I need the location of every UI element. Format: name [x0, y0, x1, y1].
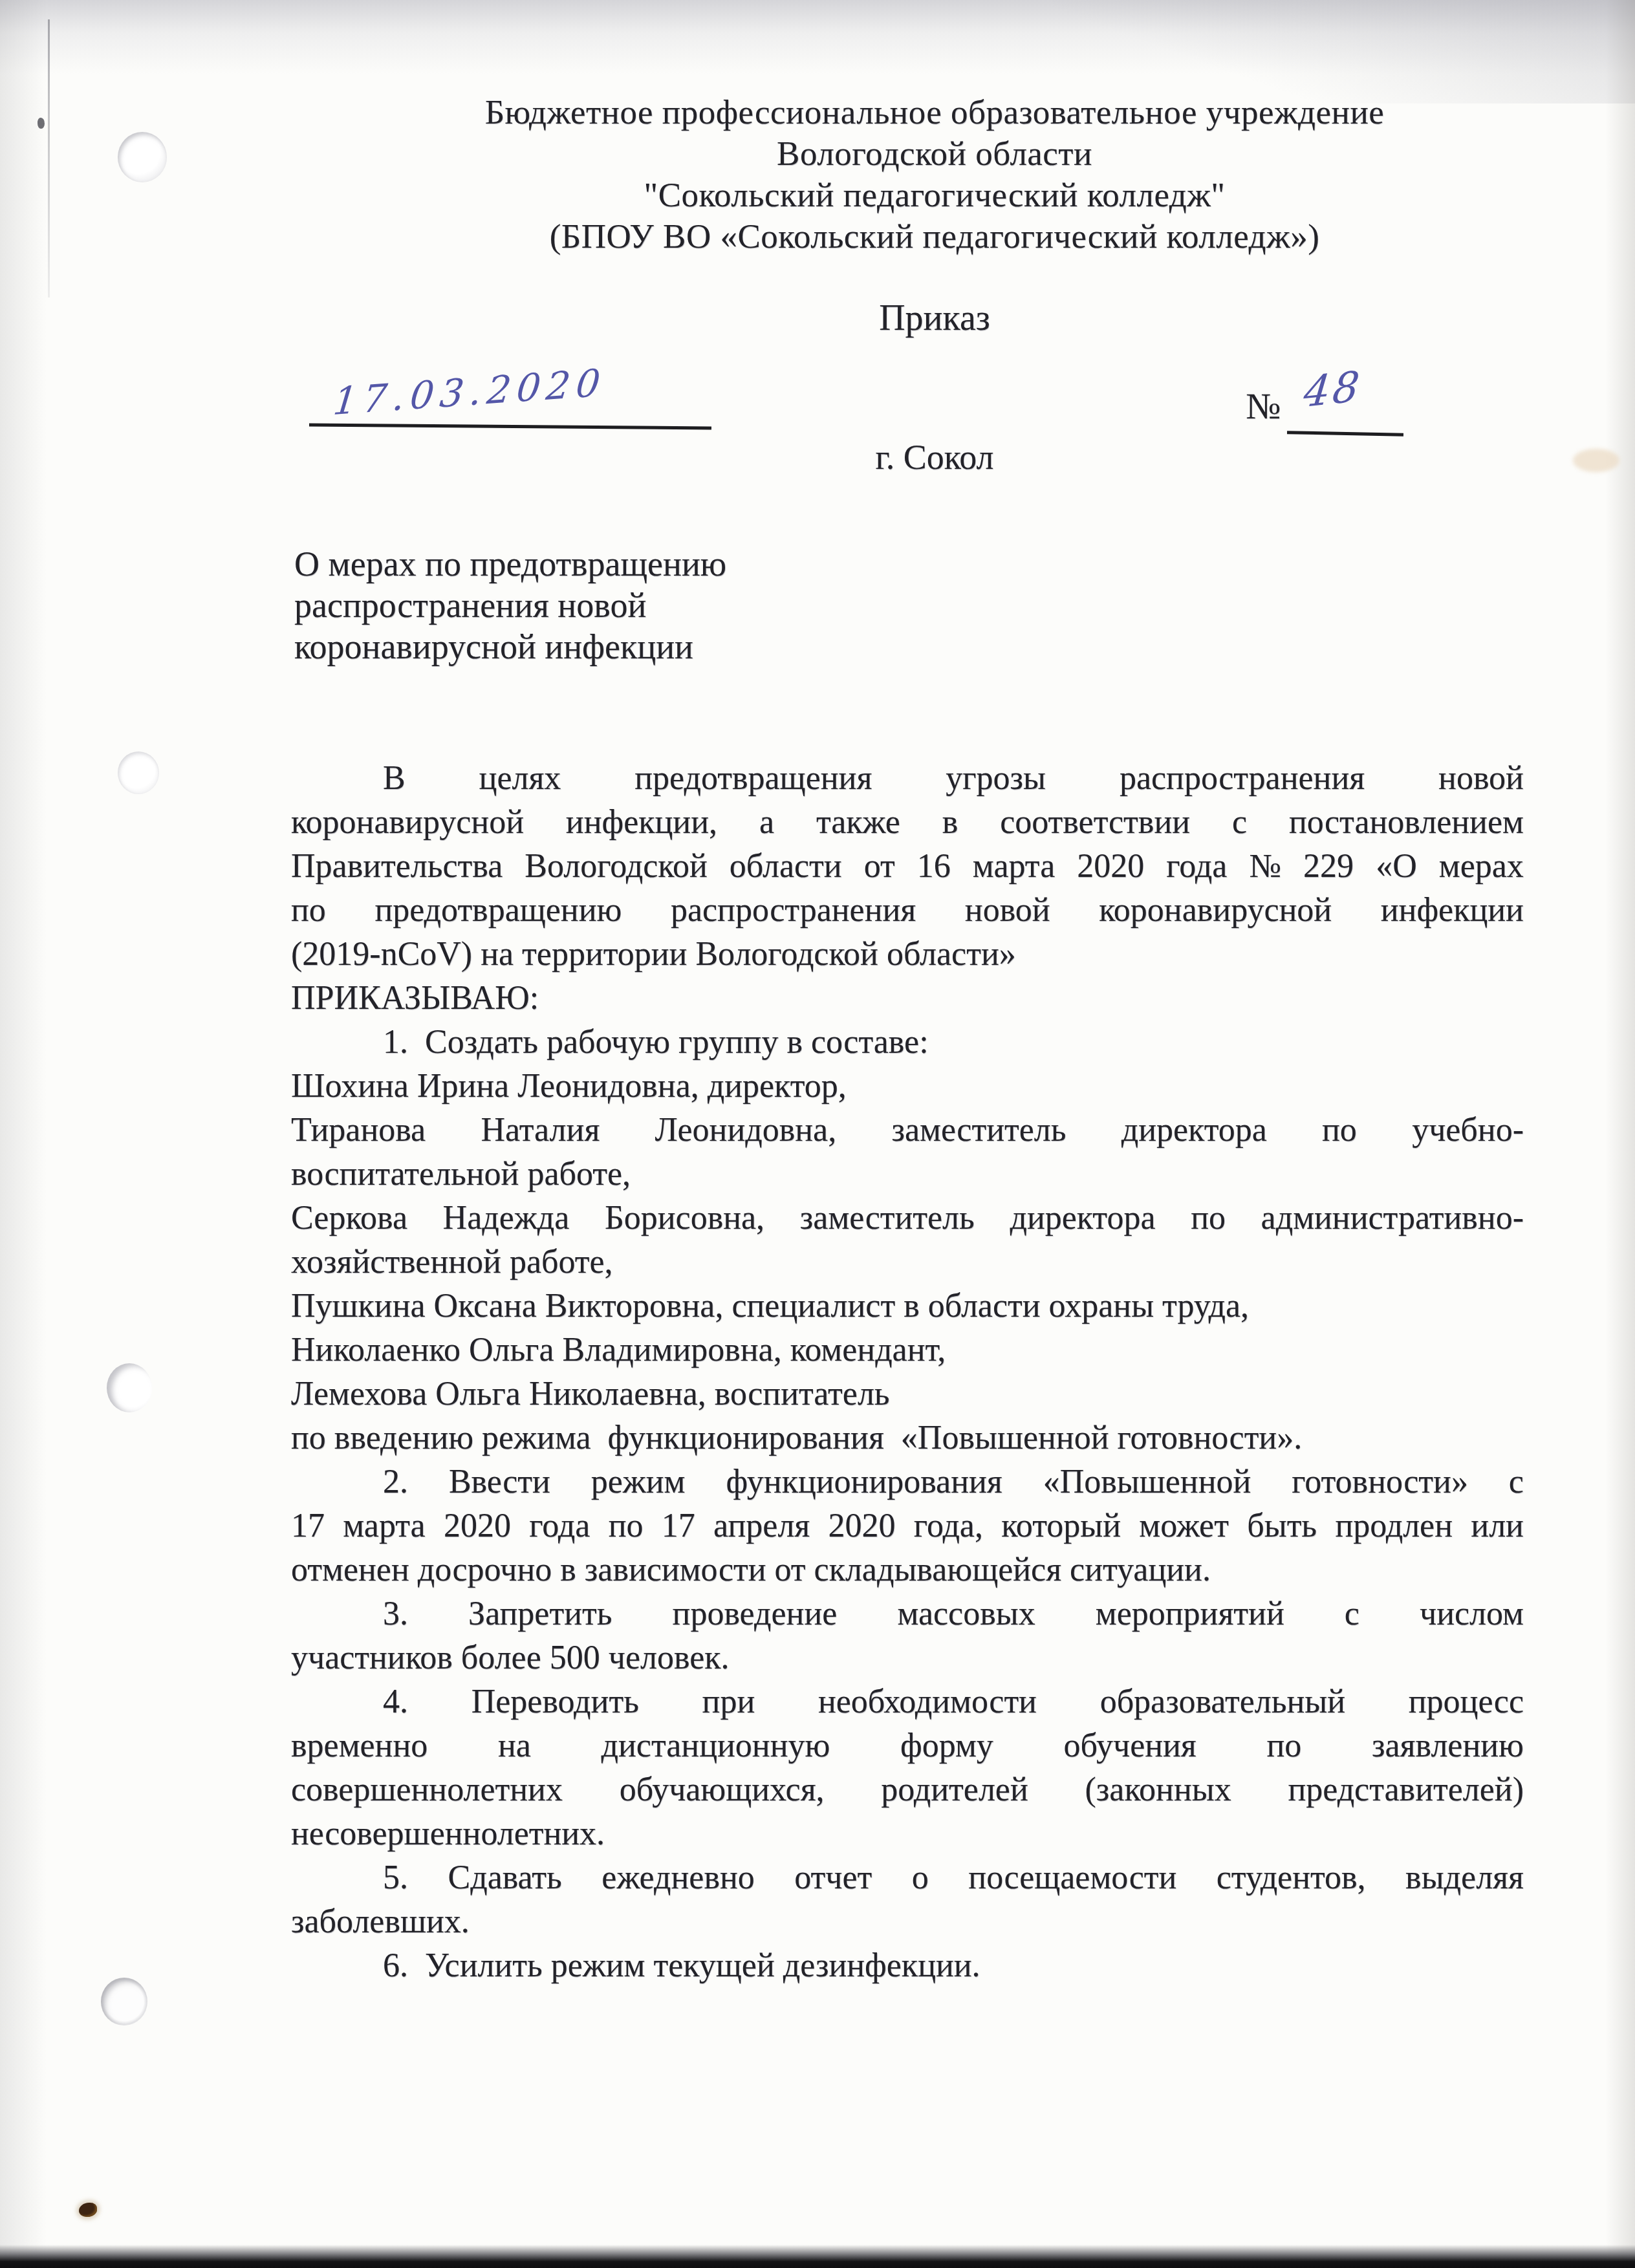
- word: обучающихся,: [620, 1768, 825, 1812]
- word: года: [529, 1504, 590, 1548]
- word: о: [912, 1856, 929, 1900]
- word: по: [1266, 1724, 1301, 1768]
- word: Ввести: [449, 1460, 550, 1504]
- word: Вологодской: [525, 845, 707, 889]
- ink-speck: [38, 118, 45, 129]
- document-line: распространения новой: [294, 585, 941, 626]
- paper-edge-line: [48, 19, 50, 297]
- word: апреля: [713, 1504, 810, 1548]
- document-line: несовершеннолетних.: [291, 1812, 1524, 1856]
- word: по: [609, 1504, 644, 1548]
- word: заместитель: [891, 1108, 1066, 1152]
- word: угрозы: [946, 757, 1046, 801]
- word: студентов,: [1217, 1856, 1366, 1900]
- word: родителей: [881, 1768, 1028, 1812]
- document-line: совершеннолетнихобучающихся,родителей(за…: [291, 1768, 1524, 1812]
- word: с: [1509, 1460, 1524, 1504]
- order-body: Вцеляхпредотвращенияугрозыраспространени…: [291, 757, 1524, 1988]
- handwritten-date: 17.03.2020: [331, 360, 608, 424]
- word: заявлению: [1372, 1724, 1524, 1768]
- document-line: 5.Сдаватьежедневноотчетопосещаемостистуд…: [291, 1856, 1524, 1900]
- letterhead: Бюджетное профессиональное образовательн…: [252, 92, 1617, 257]
- hole-punch-mark: [101, 1978, 147, 2025]
- document-line: СерковаНадеждаБорисовна,заместительдирек…: [291, 1196, 1524, 1240]
- document-line: коронавирусной инфекции: [294, 626, 941, 667]
- document-line: 4.Переводитьпринеобходимостиобразователь…: [291, 1680, 1524, 1724]
- document-line: участников более 500 человек.: [291, 1636, 1524, 1680]
- word: коронавирусной: [291, 801, 524, 845]
- word: при: [702, 1680, 755, 1724]
- word: процесс: [1409, 1680, 1524, 1724]
- word: «Повышенной: [1043, 1460, 1251, 1504]
- word: по: [1191, 1196, 1226, 1240]
- word: продлен: [1335, 1504, 1453, 1548]
- word: 3.: [383, 1592, 408, 1636]
- word: директора: [1121, 1108, 1267, 1152]
- word: 16: [917, 845, 951, 889]
- word: режим: [591, 1460, 686, 1504]
- word: распространения: [671, 889, 916, 933]
- word: посещаемости: [968, 1856, 1176, 1900]
- word: отчет: [794, 1856, 872, 1900]
- word: 4.: [383, 1680, 408, 1724]
- word: области: [730, 845, 842, 889]
- word: Надежда: [443, 1196, 570, 1240]
- word: а: [759, 801, 774, 845]
- word: готовности»: [1292, 1460, 1468, 1504]
- word: от: [864, 845, 895, 889]
- word: постановлением: [1289, 801, 1524, 845]
- word: в: [942, 801, 958, 845]
- document-line: воспитательной работе,: [291, 1152, 1524, 1196]
- scanned-order-document: Бюджетное профессиональное образовательн…: [0, 0, 1635, 2268]
- scan-edge-bottom: [0, 2245, 1635, 2268]
- document-line: "Сокольский педагогический колледж": [252, 175, 1617, 216]
- number-underline: [1287, 431, 1403, 436]
- word: мерах: [1439, 845, 1524, 889]
- word: который: [1001, 1504, 1121, 1548]
- hole-punch-mark: [118, 132, 167, 182]
- document-line: 2.Ввестирежимфункционирования«Повышенной…: [291, 1460, 1524, 1504]
- document-line: 6. Усилить режим текущей дезинфекции.: [291, 1944, 1524, 1988]
- city-line: г. Сокол: [252, 437, 1617, 477]
- document-line: коронавируснойинфекции,атакжевсоответств…: [291, 801, 1524, 845]
- word: Тиранова: [291, 1108, 426, 1152]
- word: предотвращению: [374, 889, 622, 933]
- word: года,: [914, 1504, 983, 1548]
- word: распространения: [1120, 757, 1365, 801]
- word: Борисовна,: [605, 1196, 764, 1240]
- word: (законных: [1085, 1768, 1231, 1812]
- word: 5.: [383, 1856, 408, 1900]
- document-line: 17марта2020годапо17апреля2020года,которы…: [291, 1504, 1524, 1548]
- word: 2.: [383, 1460, 408, 1504]
- word: числом: [1420, 1592, 1524, 1636]
- document-line: Бюджетное профессиональное образовательн…: [252, 92, 1617, 133]
- word: на: [498, 1724, 531, 1768]
- word: марта: [343, 1504, 425, 1548]
- word: Запретить: [468, 1592, 612, 1636]
- document-line: 1. Создать рабочую группу в составе:: [291, 1021, 1524, 1064]
- scan-shadow-left: [0, 0, 47, 2268]
- word: Правительства: [291, 845, 503, 889]
- word: административно-: [1261, 1196, 1524, 1240]
- word: Наталия: [481, 1108, 600, 1152]
- document-line: Вцеляхпредотвращенияугрозыраспространени…: [291, 757, 1524, 801]
- word: коронавирусной: [1099, 889, 1332, 933]
- document-line: по введению режима функционирования «Пов…: [291, 1416, 1524, 1460]
- word: обучения: [1064, 1724, 1196, 1768]
- word: предотвращения: [634, 757, 872, 801]
- word: Сдавать: [448, 1856, 562, 1900]
- word: 2020: [828, 1504, 896, 1548]
- word: Переводить: [471, 1680, 639, 1724]
- document-line: 3.Запретитьпроведениемассовыхмероприятий…: [291, 1592, 1524, 1636]
- scan-shadow-top-right: [1053, 0, 1635, 103]
- word: может: [1139, 1504, 1229, 1548]
- hole-punch-mark: [118, 751, 159, 794]
- word: целях: [479, 757, 561, 801]
- document-line: отменен досрочно в зависимости от склады…: [291, 1548, 1524, 1592]
- word: учебно-: [1412, 1108, 1524, 1152]
- word: Леонидовна,: [655, 1108, 837, 1152]
- handwritten-order-number: 48: [1301, 363, 1364, 418]
- word: инфекции: [1381, 889, 1524, 933]
- document-line: Вологодской области: [252, 133, 1617, 175]
- stain-spot: [79, 2203, 97, 2217]
- word: соответствии: [1000, 801, 1190, 845]
- word: с: [1345, 1592, 1359, 1636]
- word: быть: [1247, 1504, 1317, 1548]
- number-sign: №: [1246, 385, 1281, 427]
- word: с: [1232, 801, 1247, 845]
- word: В: [383, 757, 406, 801]
- word: Серкова: [291, 1196, 407, 1240]
- document-line: Шохина Ирина Леонидовна, директор,: [291, 1064, 1524, 1108]
- word: марта: [973, 845, 1055, 889]
- word: по: [1322, 1108, 1357, 1152]
- word: массовых: [897, 1592, 1035, 1636]
- word: образовательный: [1100, 1680, 1345, 1724]
- word: «О: [1376, 845, 1417, 889]
- document-line: заболевших.: [291, 1900, 1524, 1944]
- document-line: ПравительстваВологодскойобластиот16марта…: [291, 845, 1524, 889]
- word: проведение: [673, 1592, 838, 1636]
- word: года: [1166, 845, 1227, 889]
- document-line: попредотвращениюраспространенияновойкоро…: [291, 889, 1524, 933]
- word: 17: [291, 1504, 325, 1548]
- word: 2020: [1077, 845, 1144, 889]
- word: выделяя: [1405, 1856, 1524, 1900]
- word: 229: [1303, 845, 1354, 889]
- word: новой: [965, 889, 1050, 933]
- word: или: [1471, 1504, 1524, 1548]
- word: также: [816, 801, 900, 845]
- word: инфекции,: [566, 801, 717, 845]
- word: новой: [1438, 757, 1524, 801]
- word: заместитель: [800, 1196, 975, 1240]
- document-type-title: Приказ: [252, 297, 1617, 339]
- word: временно: [291, 1724, 428, 1768]
- word: №: [1249, 845, 1281, 889]
- document-line: временнонадистанционнуюформуобученияпоза…: [291, 1724, 1524, 1768]
- date-underline: [309, 424, 711, 430]
- document-line: ТирановаНаталияЛеонидовна,заместительдир…: [291, 1108, 1524, 1152]
- document-line: (2019-nCoV) на территории Вологодской об…: [291, 933, 1524, 977]
- word: необходимости: [818, 1680, 1037, 1724]
- hole-punch-mark: [107, 1363, 152, 1412]
- word: директора: [1010, 1196, 1155, 1240]
- document-line: О мерах по предотвращению: [294, 543, 941, 585]
- document-line: Николаенко Ольга Владимировна, комендант…: [291, 1328, 1524, 1372]
- word: представителей): [1288, 1768, 1524, 1812]
- document-line: (БПОУ ВО «Сокольский педагогический колл…: [252, 216, 1617, 257]
- order-subject: О мерах по предотвращениюраспространения…: [294, 543, 941, 667]
- document-line: Лемехова Ольга Николаевна, воспитатель: [291, 1372, 1524, 1416]
- word: форму: [900, 1724, 993, 1768]
- word: 17: [662, 1504, 695, 1548]
- word: по: [291, 889, 326, 933]
- word: 2020: [444, 1504, 511, 1548]
- scan-shadow-right: [1605, 0, 1635, 2268]
- word: дистанционную: [601, 1724, 830, 1768]
- word: ежедневно: [601, 1856, 754, 1900]
- document-line: ПРИКАЗЫВАЮ:: [291, 977, 1524, 1021]
- document-line: Пушкина Оксана Викторовна, специалист в …: [291, 1284, 1524, 1328]
- word: мероприятий: [1096, 1592, 1284, 1636]
- word: функционирования: [726, 1460, 1002, 1504]
- word: совершеннолетних: [291, 1768, 563, 1812]
- document-line: хозяйственной работе,: [291, 1240, 1524, 1284]
